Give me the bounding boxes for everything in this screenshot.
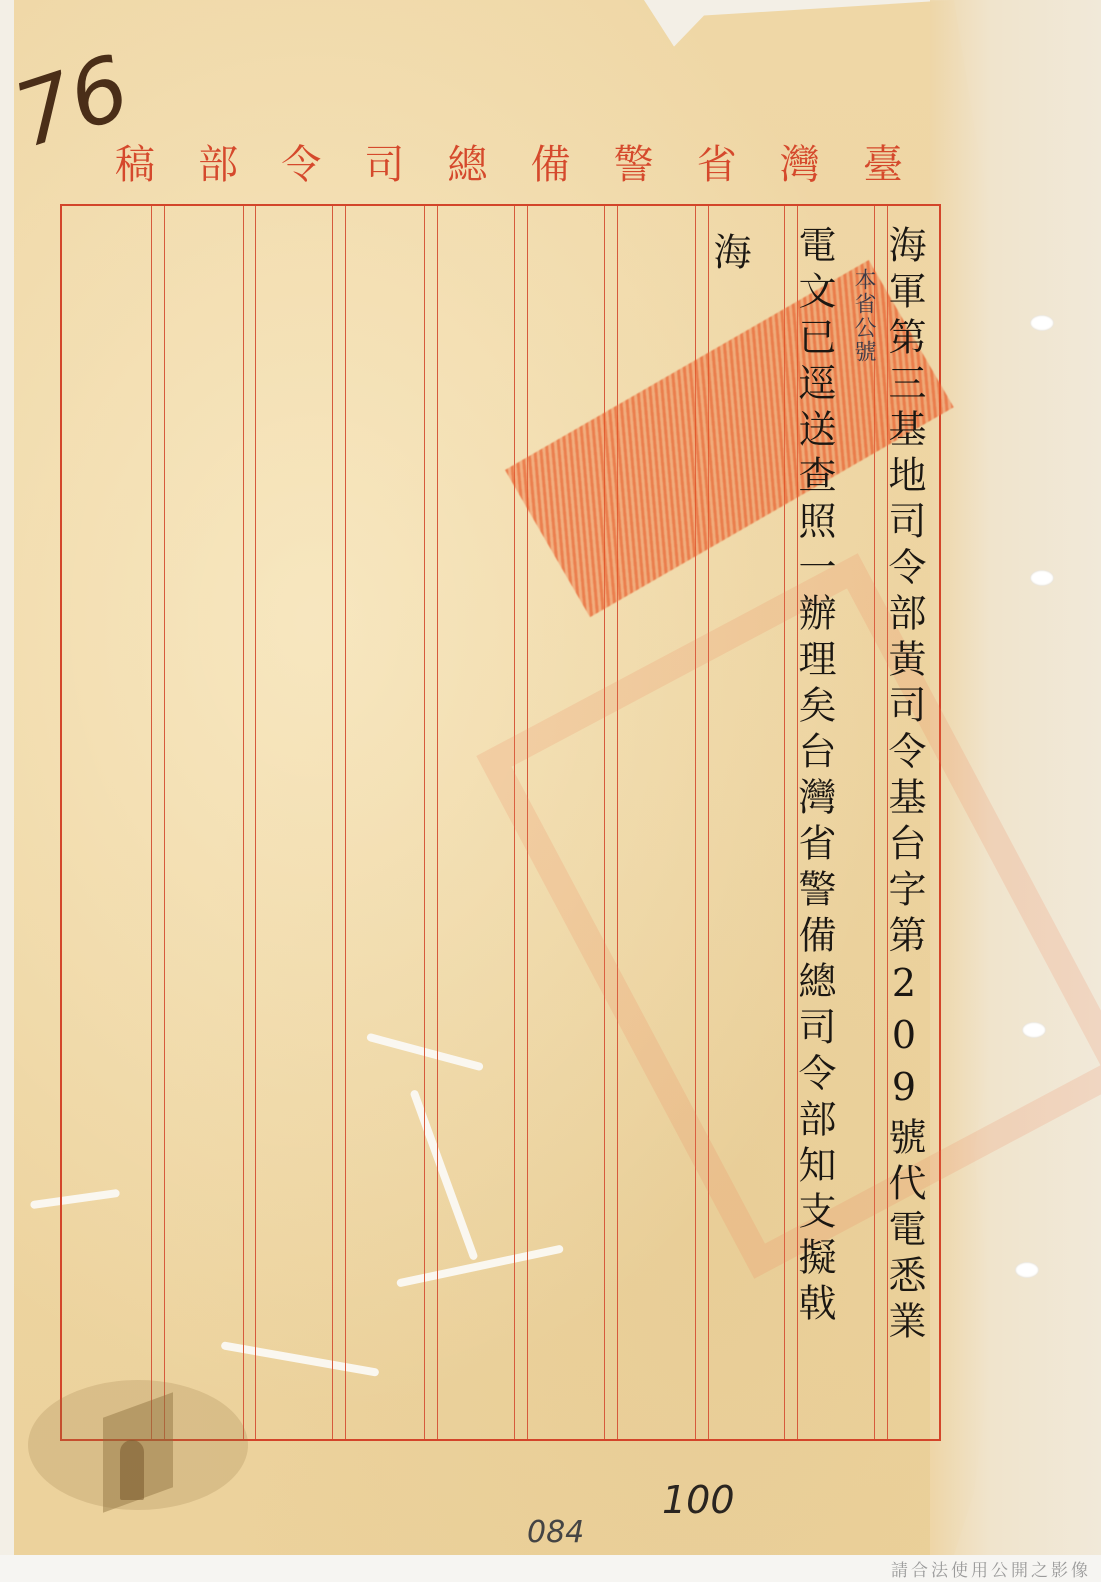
letterhead-char: 臺 — [858, 133, 910, 190]
keyhole-icon — [120, 1440, 144, 1500]
text-column-3: 海 — [705, 232, 753, 292]
letterhead-char: 灣 — [775, 133, 827, 190]
letterhead-char: 警 — [609, 133, 661, 190]
text-column-2: 電文已逕送查照一辦理矣台灣省警備總司令部知支擬戟 — [790, 225, 838, 1445]
letterhead-char: 總 — [442, 133, 494, 190]
folio-number-bottom: 100 — [662, 1478, 735, 1522]
letterhead-char: 省 — [692, 133, 744, 190]
letterhead-char: 部 — [193, 133, 245, 190]
letterhead-title: 稿 部 令 司 總 備 警 省 灣 臺 — [110, 135, 910, 187]
page-number-bottom: 084 — [527, 1515, 584, 1550]
usage-watermark: 請合法使用公開之影像 — [891, 1556, 1091, 1581]
binding-hole — [1015, 1262, 1039, 1278]
text-column-1: 海軍第三基地司令部黃司令基台字第209號代電悉業 — [880, 225, 928, 1445]
side-annotation: 本省公號 — [848, 268, 879, 364]
binding-hole — [1030, 570, 1054, 586]
archive-logo-icon — [28, 1380, 248, 1510]
binding-hole — [1030, 315, 1054, 331]
letterhead-char: 令 — [276, 133, 328, 190]
letterhead-char: 稿 — [110, 133, 162, 190]
letterhead-char: 備 — [526, 133, 578, 190]
letterhead-char: 司 — [359, 133, 411, 190]
